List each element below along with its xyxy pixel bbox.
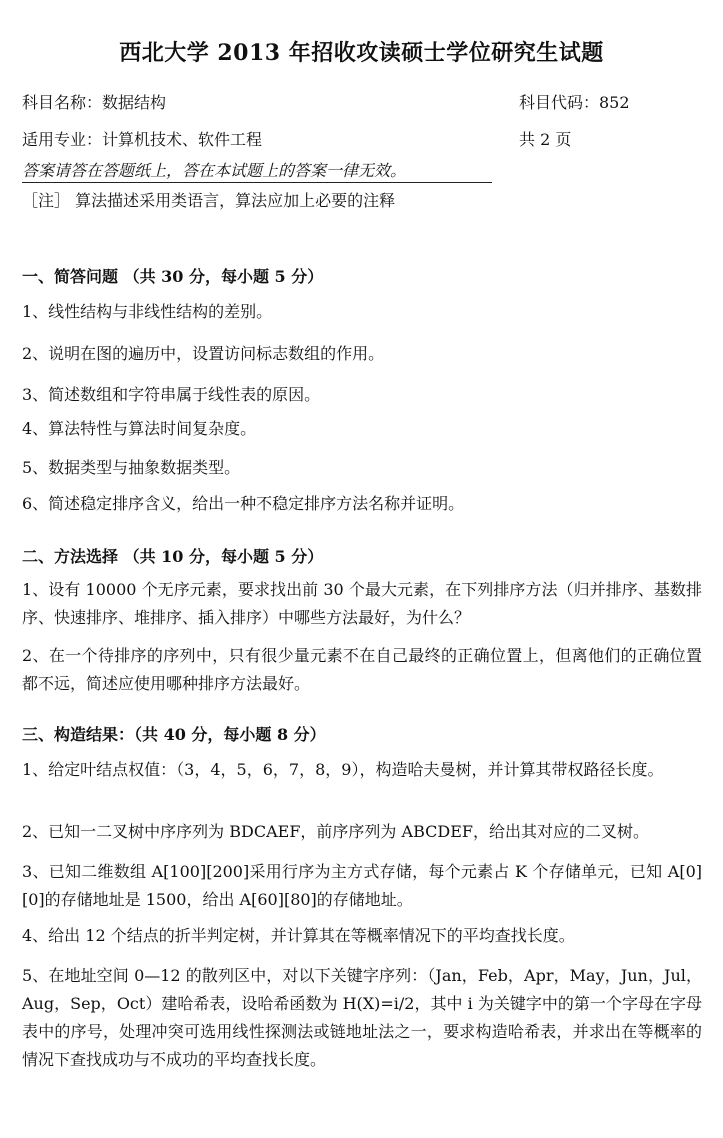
section-heading: 二、方法选择 （共 10 分，每小题 5 分） [22,544,323,567]
section-heading: 一、简答问题 （共 30 分，每小题 5 分） [22,264,323,287]
answer-warning: 答案请答在答题纸上，答在本试题上的答案一律无效。 [22,158,492,183]
exam-page: 西北大学 2013 年招收攻读硕士学位研究生试题 科目名称：数据结构 科目代码：… [0,0,723,1138]
question-item: 2、说明在图的遍历中，设置访问标志数组的作用。 [22,340,702,368]
question-item: 5、在地址空间 0—12 的散列区中，对以下关键字序列：（Jan，Feb，Apr… [22,962,702,1074]
question-item: 6、简述稳定排序含义，给出一种不稳定排序方法名称并证明。 [22,490,702,518]
question-item: 3、已知二维数组 A[100][200]采用行序为主方式存储，每个元素占 K 个… [22,858,702,914]
question-item: 2、已知一二叉树中序序列为 BDCAEF，前序序列为 ABCDEF，给出其对应的… [22,818,702,846]
question-item: 1、给定叶结点权值：（3，4，5，6，7，8，9），构造哈夫曼树，并计算其带权路… [22,756,702,784]
question-item: 2、在一个待排序的序列中，只有很少量元素不在自己最终的正确位置上，但离他们的正确… [22,642,702,698]
algorithm-note: ［注］ 算法描述采用类语言，算法应加上必要的注释 [22,188,395,211]
question-item: 1、设有 10000 个无序元素，要求找出前 30 个最大元素，在下列排序方法（… [22,576,702,632]
subject-code: 科目代码：852 [519,90,630,113]
question-item: 5、数据类型与抽象数据类型。 [22,454,702,482]
applicable-majors: 适用专业：计算机技术、软件工程 [22,127,262,150]
page-count: 共 2 页 [519,127,571,150]
question-item: 1、线性结构与非线性结构的差别。 [22,298,702,326]
question-item: 4、给出 12 个结点的折半判定树，并计算其在等概率情况下的平均查找长度。 [22,922,702,950]
question-item: 3、简述数组和字符串属于线性表的原因。 [22,381,702,409]
question-item: 4、算法特性与算法时间复杂度。 [22,415,702,443]
section-heading: 三、构造结果：（共 40 分，每小题 8 分） [22,722,326,745]
subject-name: 科目名称：数据结构 [22,90,166,113]
exam-title: 西北大学 2013 年招收攻读硕士学位研究生试题 [0,36,723,67]
